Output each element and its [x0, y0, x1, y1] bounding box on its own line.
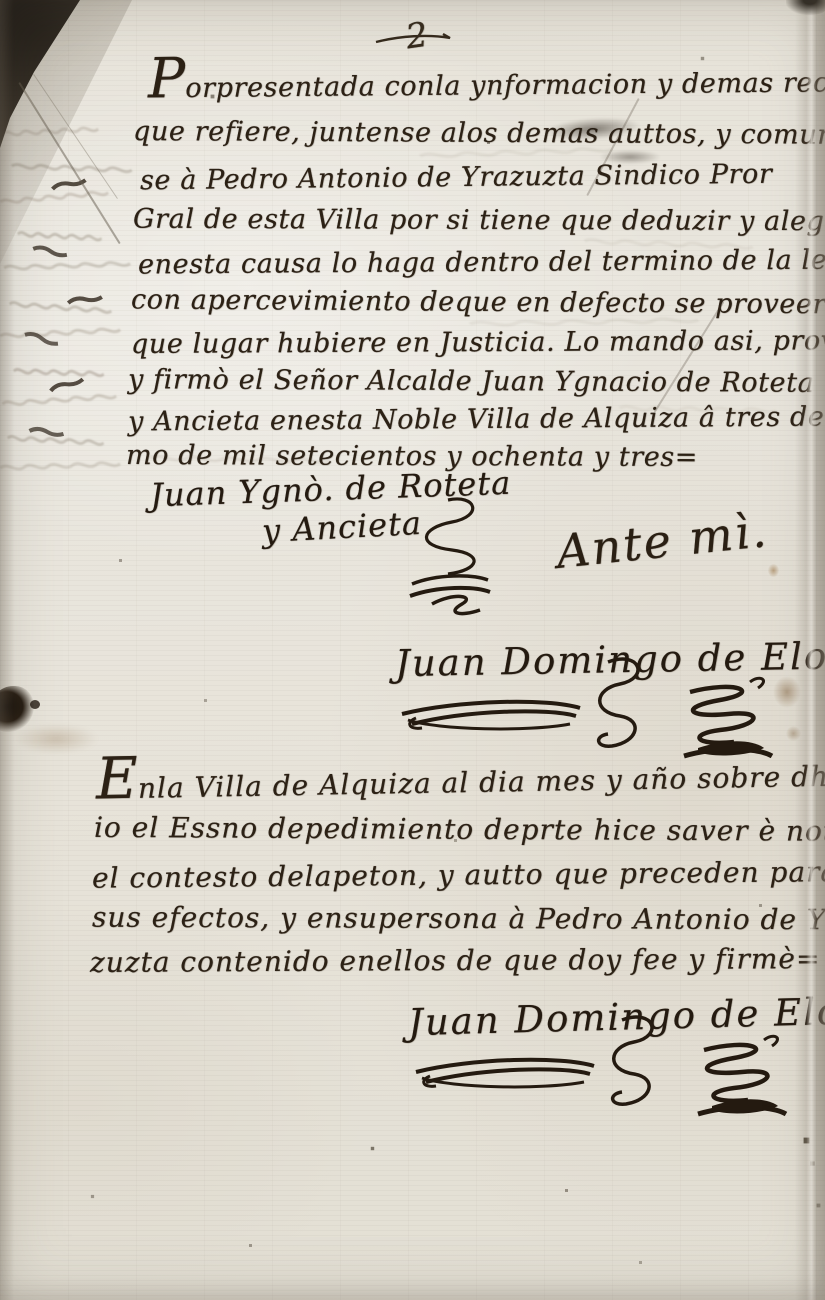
brown-stain — [768, 564, 779, 577]
notification-line: sus efectos, y ensupersona à Pedro Anton… — [92, 901, 825, 937]
rubric-flourish — [412, 1048, 802, 1126]
notification-line: zuzta contenido enellos de que doy fee y… — [90, 942, 821, 979]
page-edge-right — [795, 0, 825, 1300]
ink-blot-stain — [30, 700, 40, 709]
notification-line: Enla Villa de Alquiza al dia mes y año s… — [96, 759, 825, 805]
page-edge-left — [0, 0, 14, 1300]
paper-page: 2 Porpresentada conla ynformacion y dema… — [0, 0, 825, 1300]
notification-line: io el Essno depedimiento deprte hice sav… — [94, 811, 825, 848]
brown-stain — [14, 724, 98, 754]
notification-line: el contesto delapeton, y autto que prece… — [92, 854, 825, 894]
